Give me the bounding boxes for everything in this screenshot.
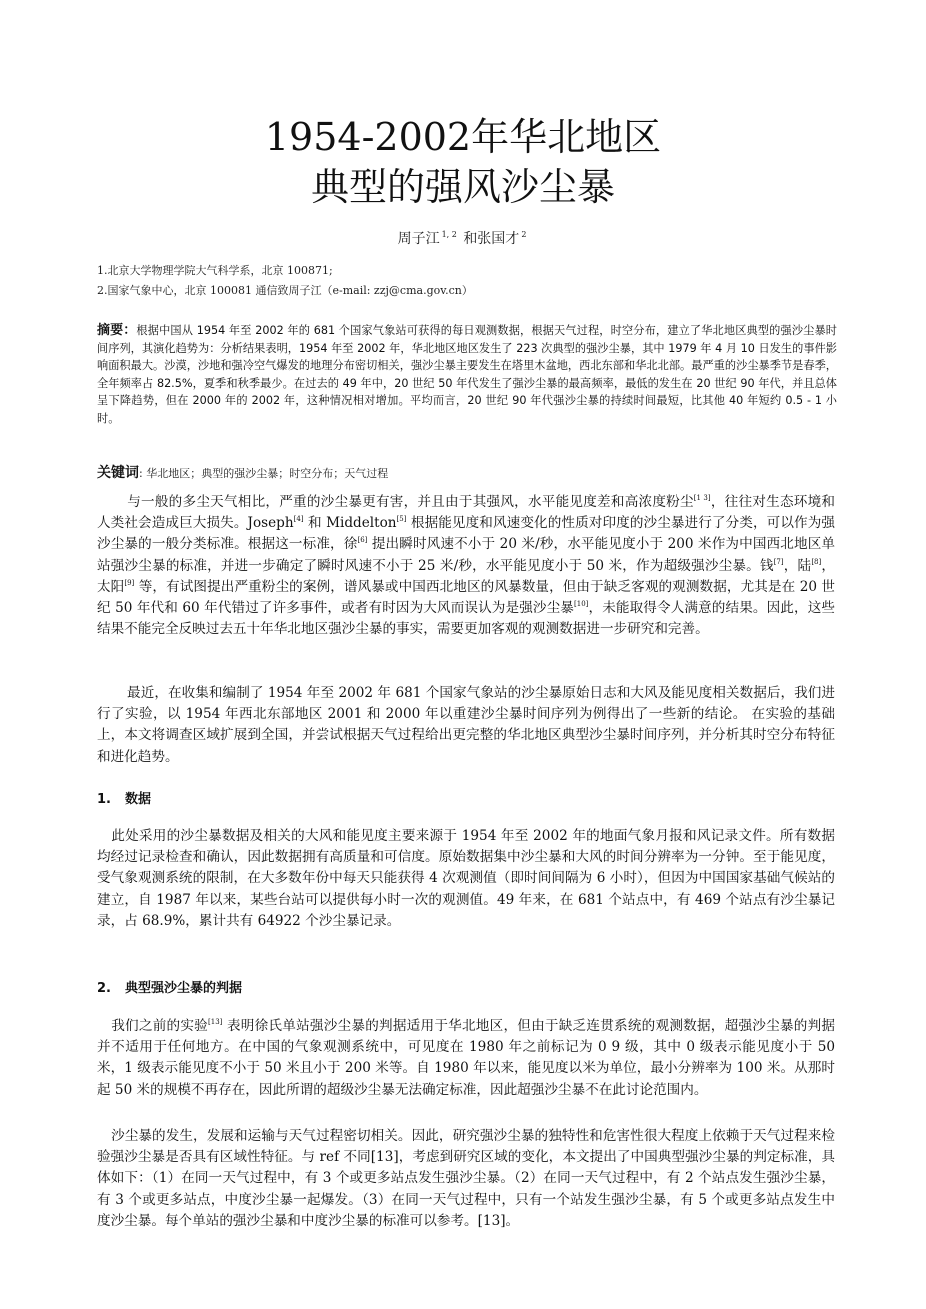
citation: [4] — [294, 515, 304, 523]
author-affil-marker: 2 — [521, 230, 526, 239]
citation: [13] — [208, 1018, 222, 1026]
section2-paragraph-2: 沙尘暴的发生，发展和运输与天气过程密切相关。因此，研究强沙尘暴的独特性和危害性很… — [97, 1126, 835, 1232]
section-heading-2: 2.典型强沙尘暴的判据 — [97, 977, 242, 996]
affiliation: 2.国家气象中心，北京 100081 通信致周子江（e-mail: zzj@cm… — [97, 282, 473, 298]
citation: [10] — [574, 600, 588, 608]
author-affil-marker: 1, 2 — [442, 230, 457, 239]
keywords: 关键词: 华北地区；典型的强沙尘暴；时空分布；天气过程 — [97, 462, 837, 482]
intro-paragraph-1: 与一般的多尘天气相比，严重的沙尘暴更有害，并且由于其强风，水平能见度差和高浓度粉… — [97, 492, 835, 640]
paper-title-line1: 1954-2002年华北地区 — [0, 112, 926, 162]
citation: [1 3] — [694, 494, 711, 502]
citation: [9] — [124, 579, 134, 587]
authors: 周子江1, 2 和张国才2 — [0, 228, 926, 248]
citation: [6] — [357, 536, 367, 544]
paper-title-line2: 典型的强风沙尘暴 — [0, 162, 926, 212]
keywords-text: : 华北地区；典型的强沙尘暴；时空分布；天气过程 — [139, 467, 388, 480]
section-heading-1: 1.数据 — [97, 788, 151, 807]
abstract: 摘要：根据中国从 1954 年至 2002 年的 681 个国家气象站可获得的每… — [97, 322, 837, 427]
section1-paragraph: 此处采用的沙尘暴数据及相关的大风和能见度主要来源于 1954 年至 2002 年… — [97, 826, 835, 932]
intro-paragraph-2: 最近，在收集和编制了 1954 年至 2002 年 681 个国家气象站的沙尘暴… — [97, 683, 835, 768]
affiliation: 1.北京大学物理学院大气科学系，北京 100871; — [97, 262, 333, 278]
abstract-text: 根据中国从 1954 年至 2002 年的 681 个国家气象站可获得的每日观测… — [97, 324, 837, 425]
keywords-label: 关键词 — [97, 465, 139, 481]
author-name: 周子江 — [398, 231, 440, 247]
author-name: 和张国才 — [463, 231, 519, 247]
citation: [7] — [774, 558, 784, 566]
citation: [5] — [397, 515, 407, 523]
section2-paragraph-1: 我们之前的实验[13] 表明徐氏单站强沙尘暴的判据适用于华北地区，但由于缺乏连贯… — [97, 1016, 835, 1101]
paper-page: 1954-2002年华北地区 典型的强风沙尘暴 周子江1, 2 和张国才2 1.… — [0, 0, 926, 1309]
abstract-label: 摘要： — [97, 323, 136, 338]
citation: [8] — [811, 558, 821, 566]
